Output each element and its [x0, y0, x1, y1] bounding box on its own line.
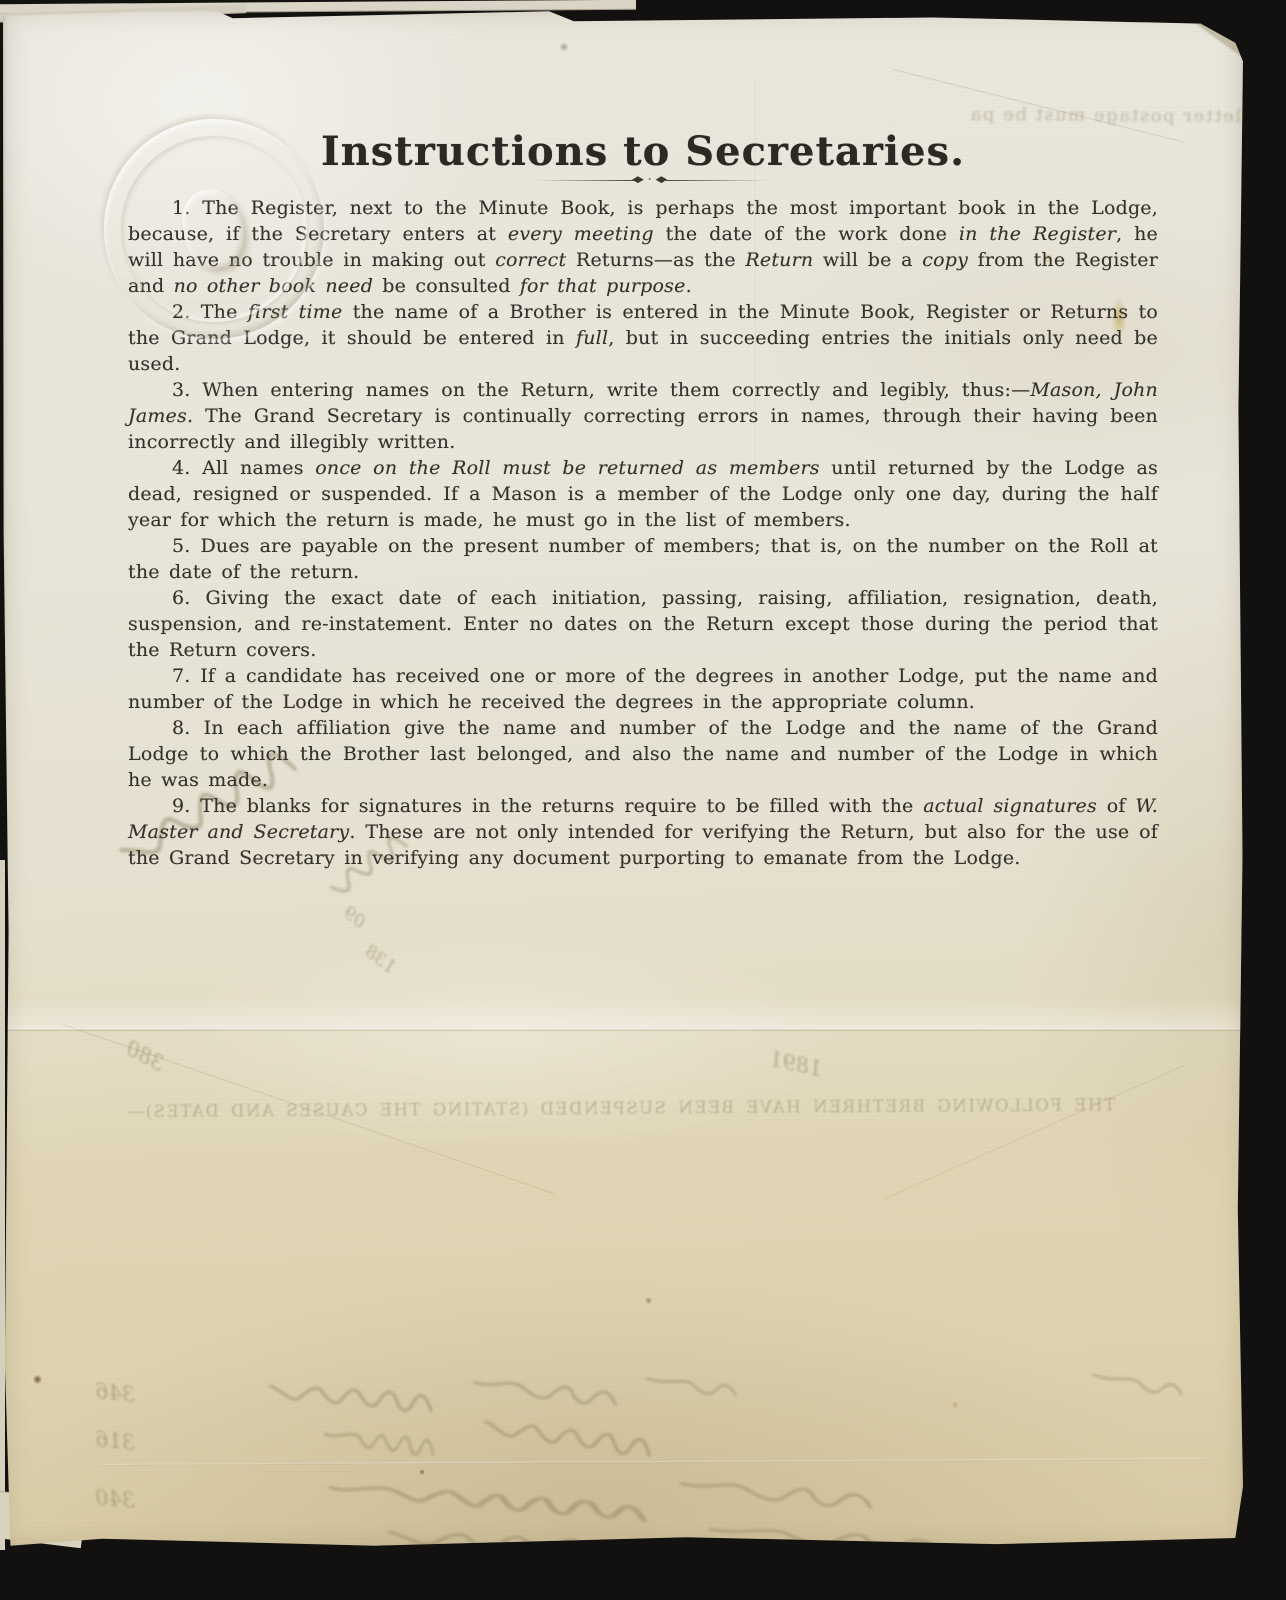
- bleedthrough-number: 340: [94, 1485, 136, 1512]
- fold-highlight-band: [3, 999, 1244, 1029]
- paragraph-number: 4.: [172, 457, 191, 479]
- instruction-paragraph: 5. Dues are payable on the present numbe…: [128, 533, 1158, 585]
- instruction-paragraph: 8. In each affiliation give the name and…: [128, 715, 1158, 793]
- bleedthrough-handwriting: [702, 1517, 944, 1566]
- fold-crease-horizontal: [3, 1028, 1244, 1031]
- bleedthrough-suspended-line: THE FOLLOWING BRETHREN HAVE BEEN SUSPEND…: [75, 1095, 1115, 1121]
- document-page: letter postage must be pa THE FOLLOWING …: [3, 9, 1244, 1548]
- paragraph-number: 3.: [172, 379, 191, 401]
- stain-spot: [559, 43, 569, 51]
- bleedthrough-number: 1891: [767, 1047, 824, 1082]
- divider-ornament-icon: ◆·◆: [625, 175, 677, 185]
- fold-crease-horizontal: [103, 1458, 1203, 1466]
- bleedthrough-handwriting: [1087, 1365, 1185, 1408]
- embossed-seal: [104, 119, 324, 339]
- bleedthrough-number: 316: [94, 1427, 136, 1455]
- bleedthrough-handwriting: [320, 1422, 438, 1466]
- bleedthrough-text-fragment: letter postage must be pa: [959, 104, 1241, 127]
- bleedthrough-number: 346: [94, 1379, 136, 1407]
- stain-spot: [951, 1401, 959, 1409]
- paragraph-number: 9.: [172, 795, 191, 817]
- instruction-paragraph: 4. All names once on the Roll must be re…: [128, 455, 1158, 533]
- corner-fold: [1191, 18, 1243, 56]
- stain-spot: [33, 1375, 42, 1384]
- instruction-paragraph: 7. If a candidate has received one or mo…: [128, 663, 1158, 715]
- stain-spot: [419, 1469, 425, 1475]
- bleedthrough-handwriting: [674, 1470, 876, 1521]
- title-divider: ◆·◆: [533, 175, 769, 185]
- paragraph-number: 7.: [172, 665, 191, 687]
- bleedthrough-handwriting: [320, 1474, 652, 1533]
- instruction-paragraph: 6. Giving the exact date of each initiat…: [128, 585, 1158, 663]
- bleedthrough-number: 138: [360, 941, 400, 979]
- instruction-paragraph: 9. The blanks for signatures in the retu…: [128, 793, 1158, 871]
- bleedthrough-handwriting: [264, 1375, 436, 1423]
- paragraph-number: 8.: [172, 717, 191, 739]
- divider-line: [666, 180, 769, 181]
- fold-crease-diagonal: [883, 1065, 1185, 1200]
- bleedthrough-number: 380: [122, 1036, 169, 1076]
- stacked-sheet-edge: [0, 860, 5, 1550]
- divider-line: [533, 180, 636, 181]
- stain-spot: [645, 1297, 652, 1304]
- paragraph-number: 6.: [172, 587, 191, 609]
- instruction-paragraph: 3. When entering names on the Return, wr…: [128, 377, 1158, 455]
- bleedthrough-handwriting: [477, 1410, 655, 1467]
- bleedthrough-handwriting: [642, 1368, 740, 1408]
- paragraph-number: 5.: [172, 535, 191, 557]
